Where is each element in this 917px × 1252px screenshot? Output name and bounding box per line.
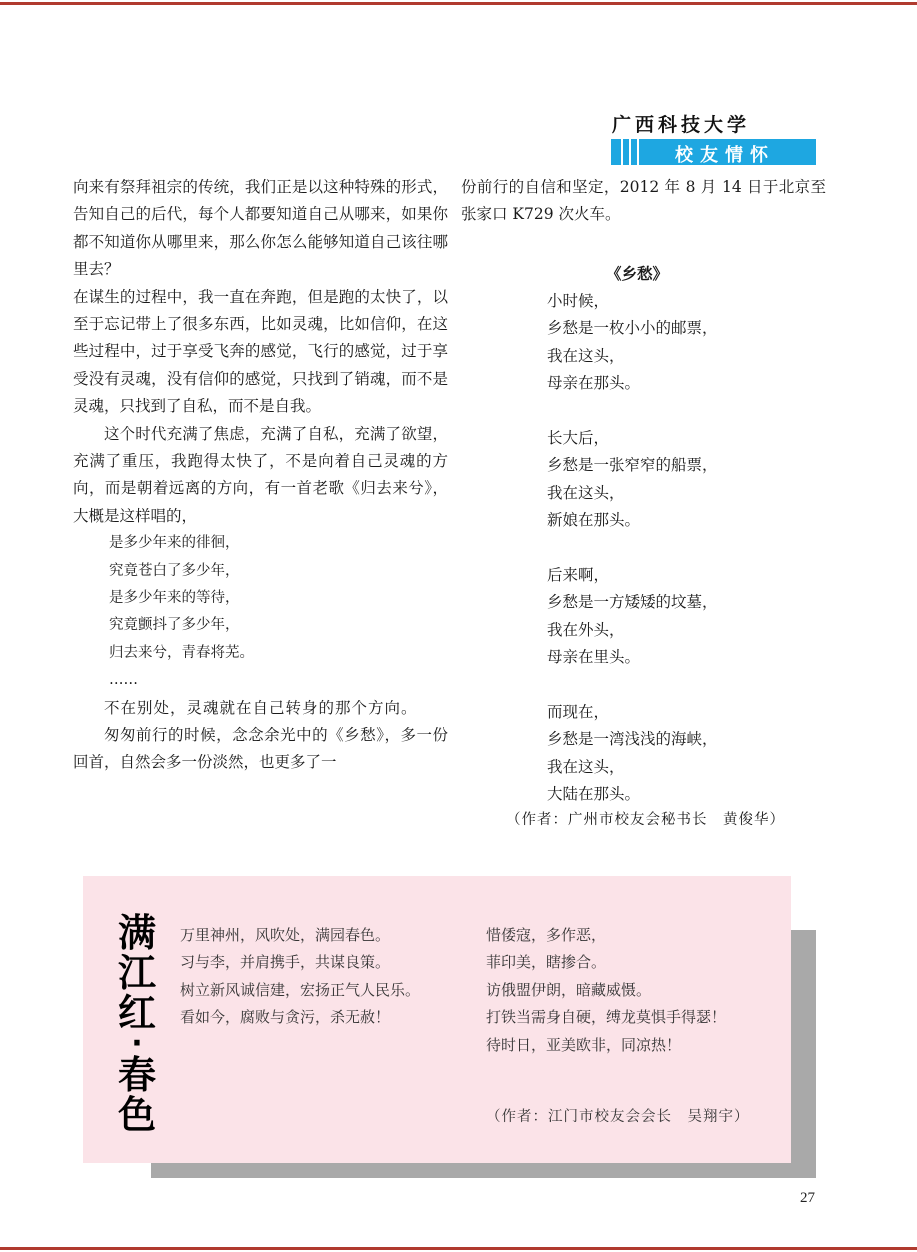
university-name: 广西科技大学 (612, 110, 750, 137)
song-line: 究竟颤抖了多少年， (109, 612, 448, 639)
poem-line: 大陆在那头。 (547, 781, 718, 808)
poem-line: 我在这头， (547, 343, 718, 370)
article-right-column: 份前行的自信和坚定，2012 年 8 月 14 日于北京至张家口 K729 次火… (461, 174, 826, 229)
verse-line: 树立新风诚信建，宏扬正气人民乐。 (180, 977, 420, 1004)
poem-line: 母亲在那头。 (547, 370, 718, 397)
sidebar-verse-left: 万里神州，风吹处，满园春色。 习与李，并肩携手，共谋良策。 树立新风诚信建，宏扬… (180, 922, 420, 1032)
song-line: 归去来兮，青春将芜。 (109, 640, 448, 667)
poem-line: 小时候， (547, 288, 718, 315)
paragraph: 匆匆前行的时候，念念余光中的《乡愁》，多一份回首，自然会多一份淡然，也更多了一 (73, 722, 448, 777)
verse-line: 打铁当需身自硬，缚龙莫惧手得瑟！ (486, 1004, 726, 1031)
poem-stanza: 后来啊， 乡愁是一方矮矮的坟墓， 我在外头， 母亲在里头。 (547, 562, 718, 672)
poem-line: 乡愁是一方矮矮的坟墓， (547, 589, 718, 616)
banner-stripe (629, 139, 631, 165)
paragraph-emphasis: 不在别处，灵魂就在自己转身的那个方向。 (73, 695, 448, 722)
title-char: 江 (117, 953, 157, 993)
poem-stanza: 而现在， 乡愁是一湾浅浅的海峡， 我在这头， 大陆在那头。 (547, 699, 718, 809)
verse-line: 看如今，腐败与贪污，杀无赦！ (180, 1004, 420, 1031)
poem-line: 我在外头， (547, 617, 718, 644)
poem-line: 乡愁是一张窄窄的船票， (547, 452, 718, 479)
poem-stanza: 小时候， 乡愁是一枚小小的邮票， 我在这头， 母亲在那头。 (547, 288, 718, 398)
poem-credit: （作者：广州市校友会秘书长 黄俊华） (506, 808, 785, 829)
sidebar-verse-right: 惜倭寇，多作恶， 菲印美，瞎掺合。 访俄盟伊朗，暗藏威慑。 打铁当需身自硬，缚龙… (486, 922, 726, 1059)
song-line: …… (109, 667, 448, 694)
poem-line: 新娘在那头。 (547, 507, 718, 534)
paragraph: 份前行的自信和坚定，2012 年 8 月 14 日于北京至张家口 K729 次火… (461, 174, 826, 229)
banner-stripe (621, 139, 623, 165)
poem-title: 《乡愁》 (606, 262, 668, 284)
verse-line: 待时日，亚美欧非，同凉热！ (486, 1032, 726, 1059)
poem-stanza: 长大后， 乡愁是一张窄窄的船票， 我在这头， 新娘在那头。 (547, 425, 718, 535)
title-char: 春 (117, 1055, 157, 1095)
poem-line: 母亲在里头。 (547, 644, 718, 671)
poem-line: 乡愁是一枚小小的邮票， (547, 315, 718, 342)
sidebar-poem-credit: （作者：江门市校友会会长 吴翔宇） (486, 1105, 750, 1126)
song-quote: 是多少年来的徘徊， 究竟苍白了多少年， 是多少年来的等待， 究竟颤抖了多少年， … (73, 530, 448, 694)
section-banner: 校友情怀 (611, 139, 816, 165)
poem-line: 而现在， (547, 699, 718, 726)
verse-line: 访俄盟伊朗，暗藏威慑。 (486, 977, 726, 1004)
verse-line: 菲印美，瞎掺合。 (486, 949, 726, 976)
poem-line: 我在这头， (547, 754, 718, 781)
paragraph: 在谋生的过程中，我一直在奔跑，但是跑的太快了，以至于忘记带上了很多东西，比如灵魂… (73, 284, 448, 421)
title-char: 满 (117, 913, 157, 953)
title-char: 色 (117, 1095, 157, 1135)
verse-line: 惜倭寇，多作恶， (486, 922, 726, 949)
verse-line: 万里神州，风吹处，满园春色。 (180, 922, 420, 949)
poem-line: 长大后， (547, 425, 718, 452)
song-line: 是多少年来的徘徊， (109, 530, 448, 557)
title-char: · (117, 1033, 157, 1055)
paragraph: 这个时代充满了焦虑，充满了自私，充满了欲望，充满了重压，我跑得太快了，不是向着自… (73, 421, 448, 531)
article-left-column: 向来有祭拜祖宗的传统，我们正是以这种特殊的形式，告知自己的后代，每个人都要知道自… (73, 174, 448, 777)
poem-line: 乡愁是一湾浅浅的海峡， (547, 726, 718, 753)
banner-stripe (637, 139, 639, 165)
poem-line: 我在这头， (547, 480, 718, 507)
song-line: 究竟苍白了多少年， (109, 558, 448, 585)
poem-line: 后来啊， (547, 562, 718, 589)
sidebar-poem-title: 满 江 红 · 春 色 (117, 913, 157, 1135)
song-line: 是多少年来的等待， (109, 585, 448, 612)
bottom-rule (0, 1247, 917, 1250)
section-title: 校友情怀 (675, 141, 775, 167)
poem-body: 小时候， 乡愁是一枚小小的邮票， 我在这头， 母亲在那头。 长大后， 乡愁是一张… (547, 288, 718, 809)
verse-line: 习与李，并肩携手，共谋良策。 (180, 949, 420, 976)
paragraph: 向来有祭拜祖宗的传统，我们正是以这种特殊的形式，告知自己的后代，每个人都要知道自… (73, 174, 448, 284)
top-rule (0, 2, 917, 5)
page-number: 27 (800, 1190, 815, 1207)
